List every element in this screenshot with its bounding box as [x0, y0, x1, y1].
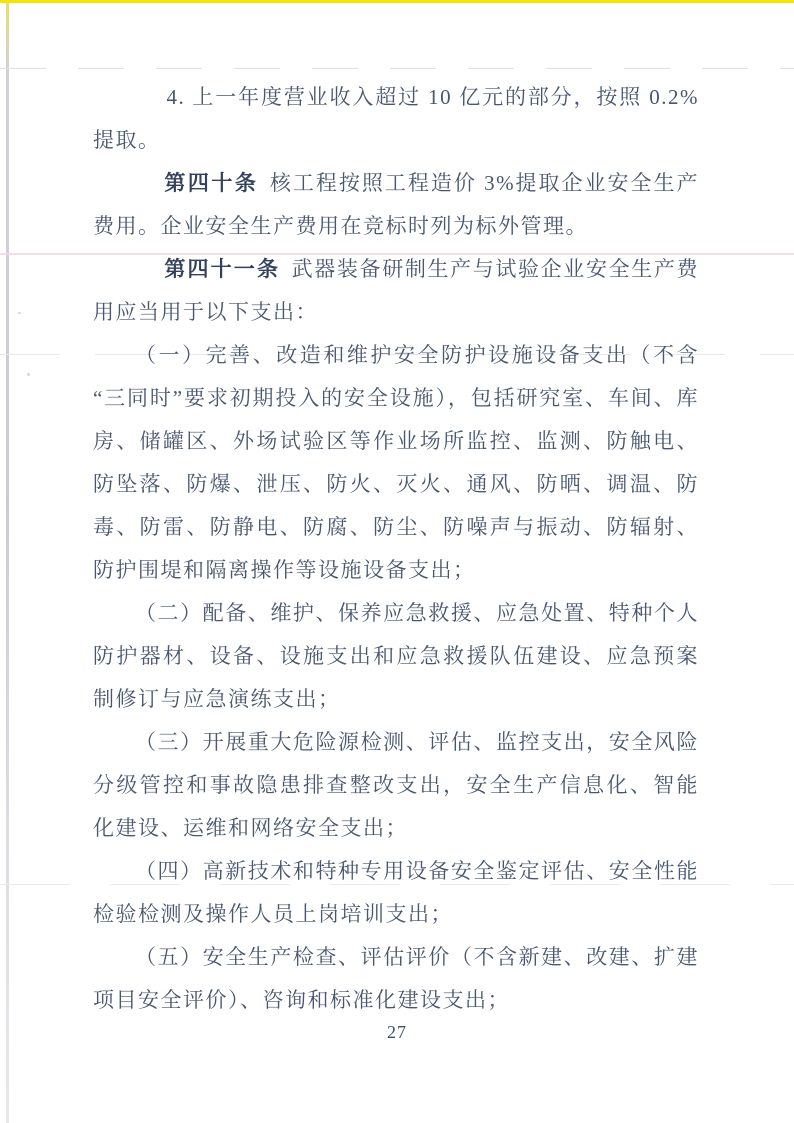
document-page: 4. 上一年度营业收入超过 10 亿元的部分，按照 0.2%提取。 第四十条核工… [0, 0, 794, 1123]
paragraph: （四）高新技术和特种专用设备安全鉴定评估、安全性能检验检测及操作人员上岗培训支出… [93, 850, 699, 936]
page-number: 27 [0, 1022, 794, 1043]
paragraph-text: （四）高新技术和特种专用设备安全鉴定评估、安全性能检验检测及操作人员上岗培训支出… [93, 859, 699, 926]
scan-speck [18, 312, 21, 314]
paragraph-text: （一）完善、改造和维护安全防护设施设备支出（不含“三同时”要求初期投入的安全设施… [93, 343, 699, 582]
paragraph: （五）安全生产检查、评估评价（不含新建、改建、扩建项目安全评价）、咨询和标准化建… [93, 936, 699, 1022]
article-heading: 第四十条 [164, 171, 258, 195]
paragraph: （二）配备、维护、保养应急救援、应急处置、特种个人防护器材、设备、设施支出和应急… [93, 592, 699, 721]
paragraph: （三）开展重大危险源检测、评估、监控支出，安全风险分级管控和事故隐患排查整改支出… [93, 721, 699, 850]
paragraph-text: （二）配备、维护、保养应急救援、应急处置、特种个人防护器材、设备、设施支出和应急… [93, 601, 699, 711]
paragraph: （一）完善、改造和维护安全防护设施设备支出（不含“三同时”要求初期投入的安全设施… [93, 334, 699, 592]
paragraph-text: （五）安全生产检查、评估评价（不含新建、改建、扩建项目安全评价）、咨询和标准化建… [93, 945, 699, 1012]
paragraph: 第四十一条武器装备研制生产与试验企业安全生产费用应当用于以下支出： [93, 248, 699, 334]
scan-edge-top-line [0, 0, 794, 3]
scan-speck [27, 373, 30, 376]
page-content: 4. 上一年度营业收入超过 10 亿元的部分，按照 0.2%提取。 第四十条核工… [93, 76, 699, 1022]
paragraph: 4. 上一年度营业收入超过 10 亿元的部分，按照 0.2%提取。 [93, 76, 699, 162]
article-heading: 第四十一条 [164, 257, 280, 281]
paragraph-text: （三）开展重大危险源检测、评估、监控支出，安全风险分级管控和事故隐患排查整改支出… [93, 730, 699, 840]
paragraph-text: 4. 上一年度营业收入超过 10 亿元的部分，按照 0.2%提取。 [93, 85, 699, 152]
scan-edge-left-line [6, 2, 9, 1123]
paragraph: 第四十条核工程按照工程造价 3%提取企业安全生产费用。企业安全生产费用在竞标时列… [93, 162, 699, 248]
scan-artifact-line [0, 68, 794, 69]
